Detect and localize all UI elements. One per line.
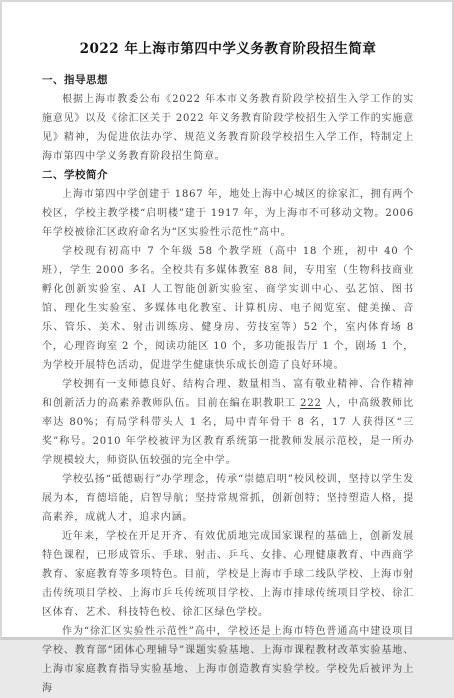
text-run: 作为“徐汇区实验性示范性”高中，学校还是上海市特色普通高中建设项目学校、教育部“… — [42, 626, 414, 640]
text-run: 上海市第四中学创建于 1867 年，地处上海中心城区的徐家汇，拥有两个校区，学校… — [42, 189, 414, 238]
text-run: 学校弘扬“砥德砺行”办学理念，传承“崇德启明”校风校训，坚持以学生发展为本，育德… — [42, 474, 414, 523]
text-run: 根据上海市教委公布《2022 年本市义务教育阶段学校招生入学工作的实施意见》以及… — [42, 94, 414, 162]
section-heading: 一、指导思想 — [42, 71, 414, 90]
underlined-text: 222 — [300, 398, 322, 409]
section-heading: 二、学校简介 — [42, 166, 414, 185]
document-body: 一、指导思想根据上海市教委公布《2022 年本市义务教育阶段学校招生入学工作的实… — [42, 71, 414, 640]
document-page: 2022 年上海市第四中学义务教育阶段招生简章 一、指导思想根据上海市教委公布《… — [0, 0, 454, 640]
paragraph: 根据上海市教委公布《2022 年本市义务教育阶段学校招生入学工作的实施意见》以及… — [42, 90, 414, 166]
text-run: 学校现有初高中 7 个年级 58 个教学班（高中 18 个班，初中 40 个班）… — [42, 246, 414, 371]
text-run: 近年来，学校在开足开齐、有效优质地完成国家课程的基础上，创新发展特色课程，已形成… — [42, 531, 414, 618]
paragraph: 学校现有初高中 7 个年级 58 个教学班（高中 18 个班，初中 40 个班）… — [42, 242, 414, 375]
document-title: 2022 年上海市第四中学义务教育阶段招生简章 — [42, 40, 414, 58]
paragraph: 学校弘扬“砥德砺行”办学理念，传承“崇德启明”校风校训，坚持以学生发展为本，育德… — [42, 470, 414, 527]
paragraph: 作为“徐汇区实验性示范性”高中，学校还是上海市特色普通高中建设项目学校、教育部“… — [42, 622, 414, 640]
paragraph: 学校拥有一支师德良好、结构合理、数量相当、富有敬业精神、合作精神和创新活力的高素… — [42, 375, 414, 470]
paragraph: 上海市第四中学创建于 1867 年，地处上海中心城区的徐家汇，拥有两个校区，学校… — [42, 185, 414, 242]
paragraph: 近年来，学校在开足开齐、有效优质地完成国家课程的基础上，创新发展特色课程，已形成… — [42, 527, 414, 622]
